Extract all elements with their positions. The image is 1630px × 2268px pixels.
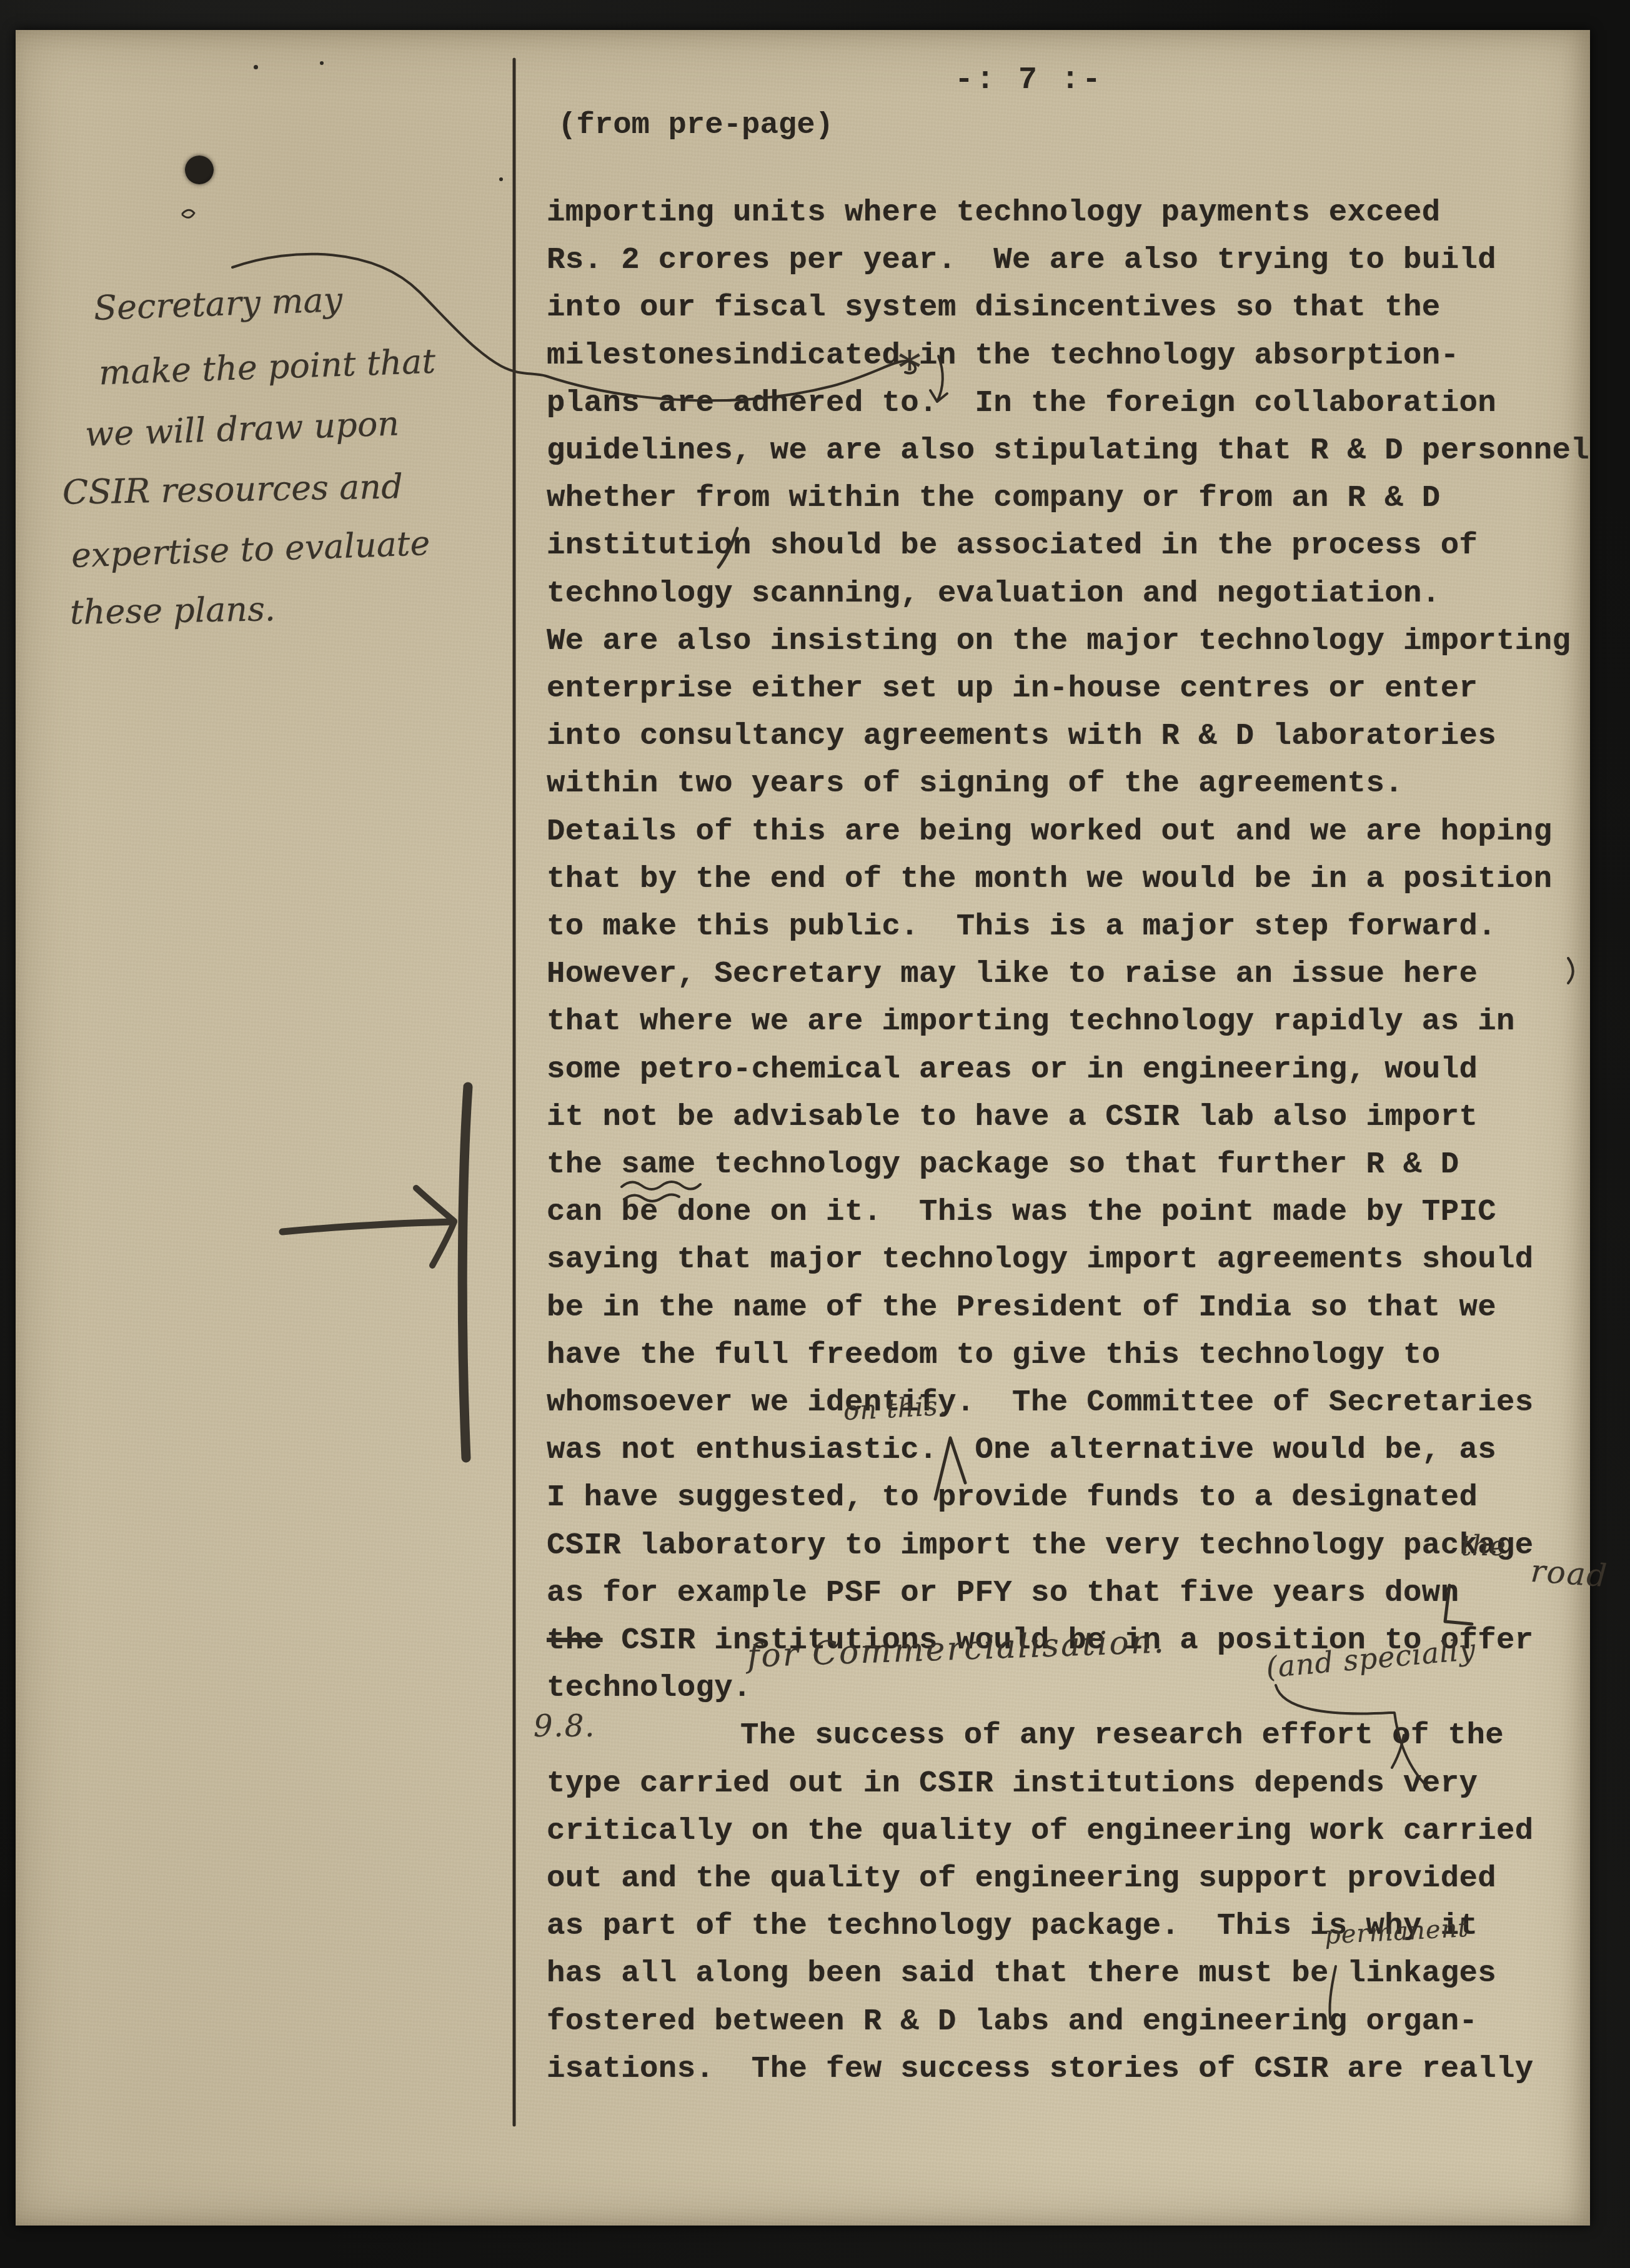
typed-text-segment: The success of any research effort of th… bbox=[740, 1718, 1504, 1753]
typed-line: whether from within the company or from … bbox=[547, 480, 1441, 515]
handwriting-insert-road: road bbox=[1529, 1553, 1609, 1594]
typed-text-segment: technology scanning, evaluation and nego… bbox=[547, 576, 1441, 611]
continuation-note: (from pre-page) bbox=[558, 107, 833, 142]
typed-text-segment: We are also insisting on the major techn… bbox=[547, 623, 1571, 658]
typed-line: out and the quality of engineering suppo… bbox=[547, 1861, 1496, 1896]
typed-text-segment: out and the quality of engineering suppo… bbox=[547, 1861, 1496, 1896]
typed-line: We are also insisting on the major techn… bbox=[547, 623, 1571, 658]
typed-text-segment: technology. bbox=[547, 1670, 752, 1705]
ink-speck bbox=[254, 65, 258, 69]
typed-text-segment: I have suggested, to provide funds to a … bbox=[547, 1480, 1478, 1515]
typed-line: that by the end of the month we would be… bbox=[547, 861, 1552, 896]
typed-text-segment: be in the name of the President of India… bbox=[547, 1290, 1496, 1325]
typed-line: fostered between R & D labs and engineer… bbox=[547, 2004, 1478, 2039]
underlined-word: same bbox=[621, 1147, 695, 1182]
typed-text-segment: can be done on it. This was the point ma… bbox=[547, 1194, 1496, 1229]
struck-word: the bbox=[547, 1623, 602, 1658]
typed-line: technology scanning, evaluation and nego… bbox=[547, 576, 1441, 611]
typed-line: saying that major technology import agre… bbox=[547, 1242, 1534, 1277]
margin-note-line: CSIR resources and bbox=[62, 467, 403, 512]
typed-line: plans are adhered to. In the foreign col… bbox=[547, 385, 1496, 420]
typed-text-segment: has all along been said that there must … bbox=[547, 1956, 1496, 1991]
typed-line: isations. The few success stories of CSI… bbox=[547, 2051, 1534, 2086]
typed-line: be in the name of the President of India… bbox=[547, 1290, 1496, 1325]
typed-text-segment: critically on the quality of engineering… bbox=[547, 1813, 1534, 1848]
typed-text-segment: as for example PSF or PFY so that five y… bbox=[547, 1575, 1459, 1610]
typed-text-segment: whether from within the company or from … bbox=[547, 480, 1441, 515]
typed-line: within two years of signing of the agree… bbox=[547, 766, 1403, 801]
typed-text-segment: isations. The few success stories of CSI… bbox=[547, 2051, 1534, 2086]
typed-line: has all along been said that there must … bbox=[547, 1956, 1496, 1991]
typed-text-segment: the bbox=[547, 1147, 621, 1182]
typed-text-segment: some petro-chemical areas or in engineer… bbox=[547, 1052, 1478, 1087]
typed-line: Details of this are being worked out and… bbox=[547, 814, 1552, 849]
typed-text-segment: guidelines, we are also stipulating that… bbox=[547, 433, 1589, 468]
typed-text-segment: importing units where technology payment… bbox=[547, 195, 1441, 230]
margin-note-line: these plans. bbox=[69, 589, 276, 632]
typed-line: it not be advisable to have a CSIR lab a… bbox=[547, 1099, 1478, 1134]
typed-text-segment: technology package so that further R & D bbox=[695, 1147, 1459, 1182]
hole-punch bbox=[185, 156, 214, 184]
typed-text-segment: that by the end of the month we would be… bbox=[547, 861, 1552, 896]
typed-text-segment: was not enthusiastic. One alternative wo… bbox=[547, 1432, 1496, 1467]
typed-text-segment: to make this public. This is a major ste… bbox=[547, 909, 1496, 944]
typed-text-segment: type carried out in CSIR institutions de… bbox=[547, 1766, 1478, 1801]
typed-text-segment: whomsoever we identify. The Committee of… bbox=[547, 1385, 1534, 1420]
typed-line: into consultancy agreements with R & D l… bbox=[547, 718, 1496, 753]
typed-line: technology. bbox=[547, 1670, 752, 1705]
scanned-document-page: -: 7 :- (from pre-page) importing units … bbox=[0, 0, 1630, 2268]
typed-line: I have suggested, to provide funds to a … bbox=[547, 1480, 1478, 1515]
typed-line: the same technology package so that furt… bbox=[547, 1147, 1459, 1182]
typed-line: type carried out in CSIR institutions de… bbox=[547, 1766, 1478, 1801]
ink-speck bbox=[499, 177, 503, 181]
typed-line: to make this public. This is a major ste… bbox=[547, 909, 1496, 944]
typed-text-segment: Details of this are being worked out and… bbox=[547, 814, 1552, 849]
typed-line: whomsoever we identify. The Committee of… bbox=[547, 1385, 1534, 1420]
typed-line: into our fiscal system disincentives so … bbox=[547, 290, 1441, 325]
typed-text-segment: saying that major technology import agre… bbox=[547, 1242, 1534, 1277]
typed-text-segment: into our fiscal system disincentives so … bbox=[547, 290, 1441, 325]
typed-line: guidelines, we are also stipulating that… bbox=[547, 433, 1589, 468]
typed-text-segment: into consultancy agreements with R & D l… bbox=[547, 718, 1496, 753]
typed-text-segment: it not be advisable to have a CSIR lab a… bbox=[547, 1099, 1478, 1134]
handwriting-para-number: 9.8. bbox=[534, 1709, 596, 1744]
typed-text-segment: that where we are importing technology r… bbox=[547, 1004, 1515, 1039]
typed-line: was not enthusiastic. One alternative wo… bbox=[547, 1432, 1496, 1467]
typed-line: The success of any research effort of th… bbox=[740, 1718, 1504, 1753]
typed-line: have the full freedom to give this techn… bbox=[547, 1337, 1441, 1372]
typed-text-segment: CSIR laboratory to import the very techn… bbox=[547, 1528, 1534, 1563]
handwriting-on-this: on this. bbox=[843, 1390, 948, 1427]
typed-text-segment: within two years of signing of the agree… bbox=[547, 766, 1403, 801]
typed-line: importing units where technology payment… bbox=[547, 195, 1441, 230]
typed-text-segment: fostered between R & D labs and engineer… bbox=[547, 2004, 1478, 2039]
typed-text-segment: milestonesindicated in the technology ab… bbox=[547, 338, 1459, 373]
typed-line: Rs. 2 crores per year. We are also tryin… bbox=[547, 242, 1496, 277]
typed-line: However, Secretary may like to raise an … bbox=[547, 956, 1478, 991]
typed-line: CSIR laboratory to import the very techn… bbox=[547, 1528, 1534, 1563]
typed-line: that where we are importing technology r… bbox=[547, 1004, 1515, 1039]
page-number: -: 7 :- bbox=[955, 62, 1103, 98]
typed-line: critically on the quality of engineering… bbox=[547, 1813, 1534, 1848]
typed-text-segment: enterprise either set up in-house centre… bbox=[547, 671, 1478, 706]
typed-line: institution should be associated in the … bbox=[547, 528, 1478, 563]
typed-line: can be done on it. This was the point ma… bbox=[547, 1194, 1496, 1229]
typed-line: enterprise either set up in-house centre… bbox=[547, 671, 1478, 706]
typed-text-segment: Rs. 2 crores per year. We are also tryin… bbox=[547, 242, 1496, 277]
typed-text-segment: plans are adhered to. In the foreign col… bbox=[547, 385, 1496, 420]
typed-text-segment: institution should be associated in the … bbox=[547, 528, 1478, 563]
handwriting-asterisk-mark: * bbox=[898, 342, 921, 395]
typed-text-segment: have the full freedom to give this techn… bbox=[547, 1337, 1441, 1372]
typed-line: some petro-chemical areas or in engineer… bbox=[547, 1052, 1478, 1087]
typed-line: as for example PSF or PFY so that five y… bbox=[547, 1575, 1459, 1610]
ink-speck bbox=[320, 61, 324, 65]
typed-line: milestonesindicated in the technology ab… bbox=[547, 338, 1459, 373]
handwriting-insert-the: the bbox=[1461, 1530, 1506, 1562]
typed-text-segment: However, Secretary may like to raise an … bbox=[547, 956, 1478, 991]
